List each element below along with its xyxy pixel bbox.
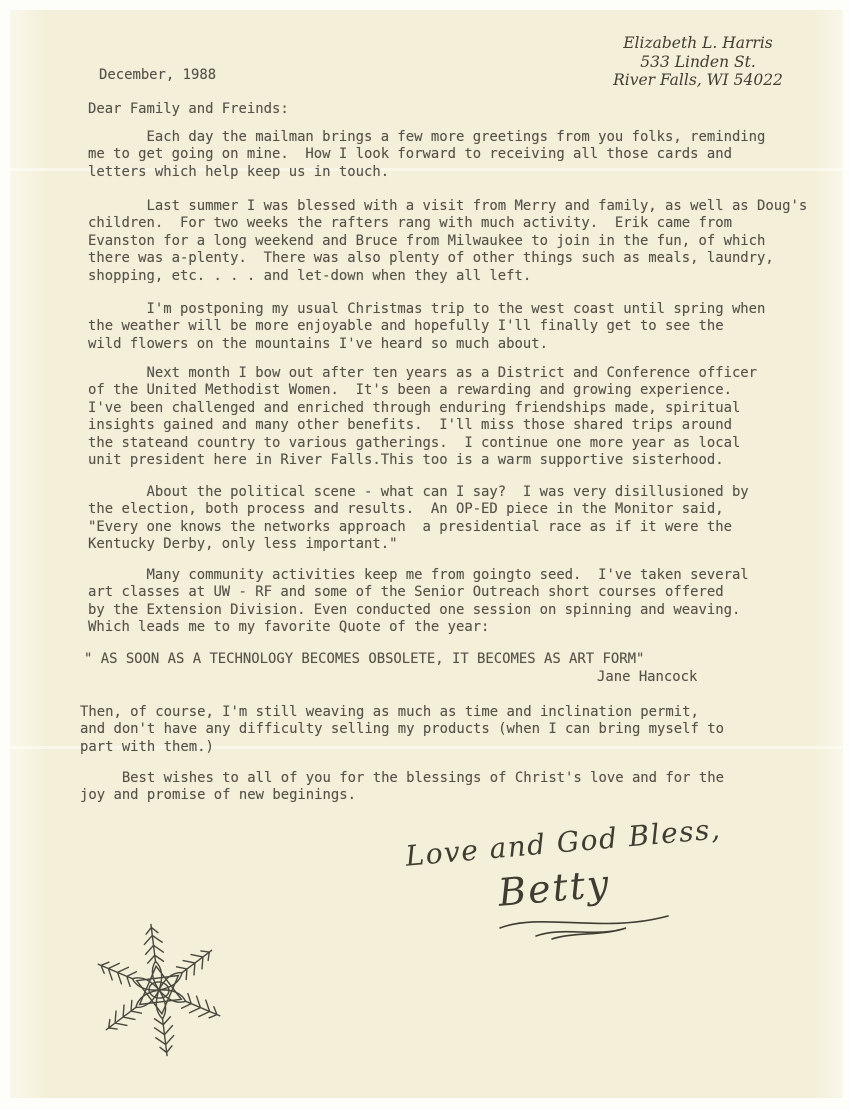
scan-edge-left [0,0,10,1110]
letterhead-address-line1: 533 Linden St. [592,53,804,72]
scan-edge-bottom [0,1098,850,1110]
handwritten-closing: Love and God Bless, [404,812,722,872]
letterhead: Elizabeth L. Harris 533 Linden St. River… [592,34,804,90]
scan-right-shade [813,0,843,1110]
letter-page: Elizabeth L. Harris 533 Linden St. River… [0,0,850,1110]
paragraph-6: Many community activities keep me from g… [88,567,749,637]
paragraph-2: Last summer I was blessed with a visit f… [88,198,807,285]
scan-light-band [10,0,48,1110]
quote-attribution: Jane Hancock [597,669,697,686]
signature: Betty [496,861,612,915]
paragraph-7: Then, of course, I'm still weaving as mu… [80,704,724,756]
salutation: Dear Family and Freinds: [88,101,289,118]
scan-edge-top [0,0,850,10]
signature-flourish-icon [492,908,682,944]
paragraph-8: Best wishes to all of you for the blessi… [80,770,724,805]
snowflake-icon [52,912,267,1070]
letterhead-name: Elizabeth L. Harris [592,34,804,53]
paragraph-1: Each day the mailman brings a few more g… [88,129,765,181]
paragraph-3: I'm postponing my usual Christmas trip t… [88,301,765,353]
quote-line: " AS SOON AS A TECHNOLOGY BECOMES OBSOLE… [84,651,644,668]
paragraph-5: About the political scene - what can I s… [88,484,749,554]
letterhead-address-line2: River Falls, WI 54022 [592,71,804,90]
scan-edge-right [843,0,850,1110]
letter-date: December, 1988 [99,67,216,84]
paragraph-4: Next month I bow out after ten years as … [88,365,757,469]
